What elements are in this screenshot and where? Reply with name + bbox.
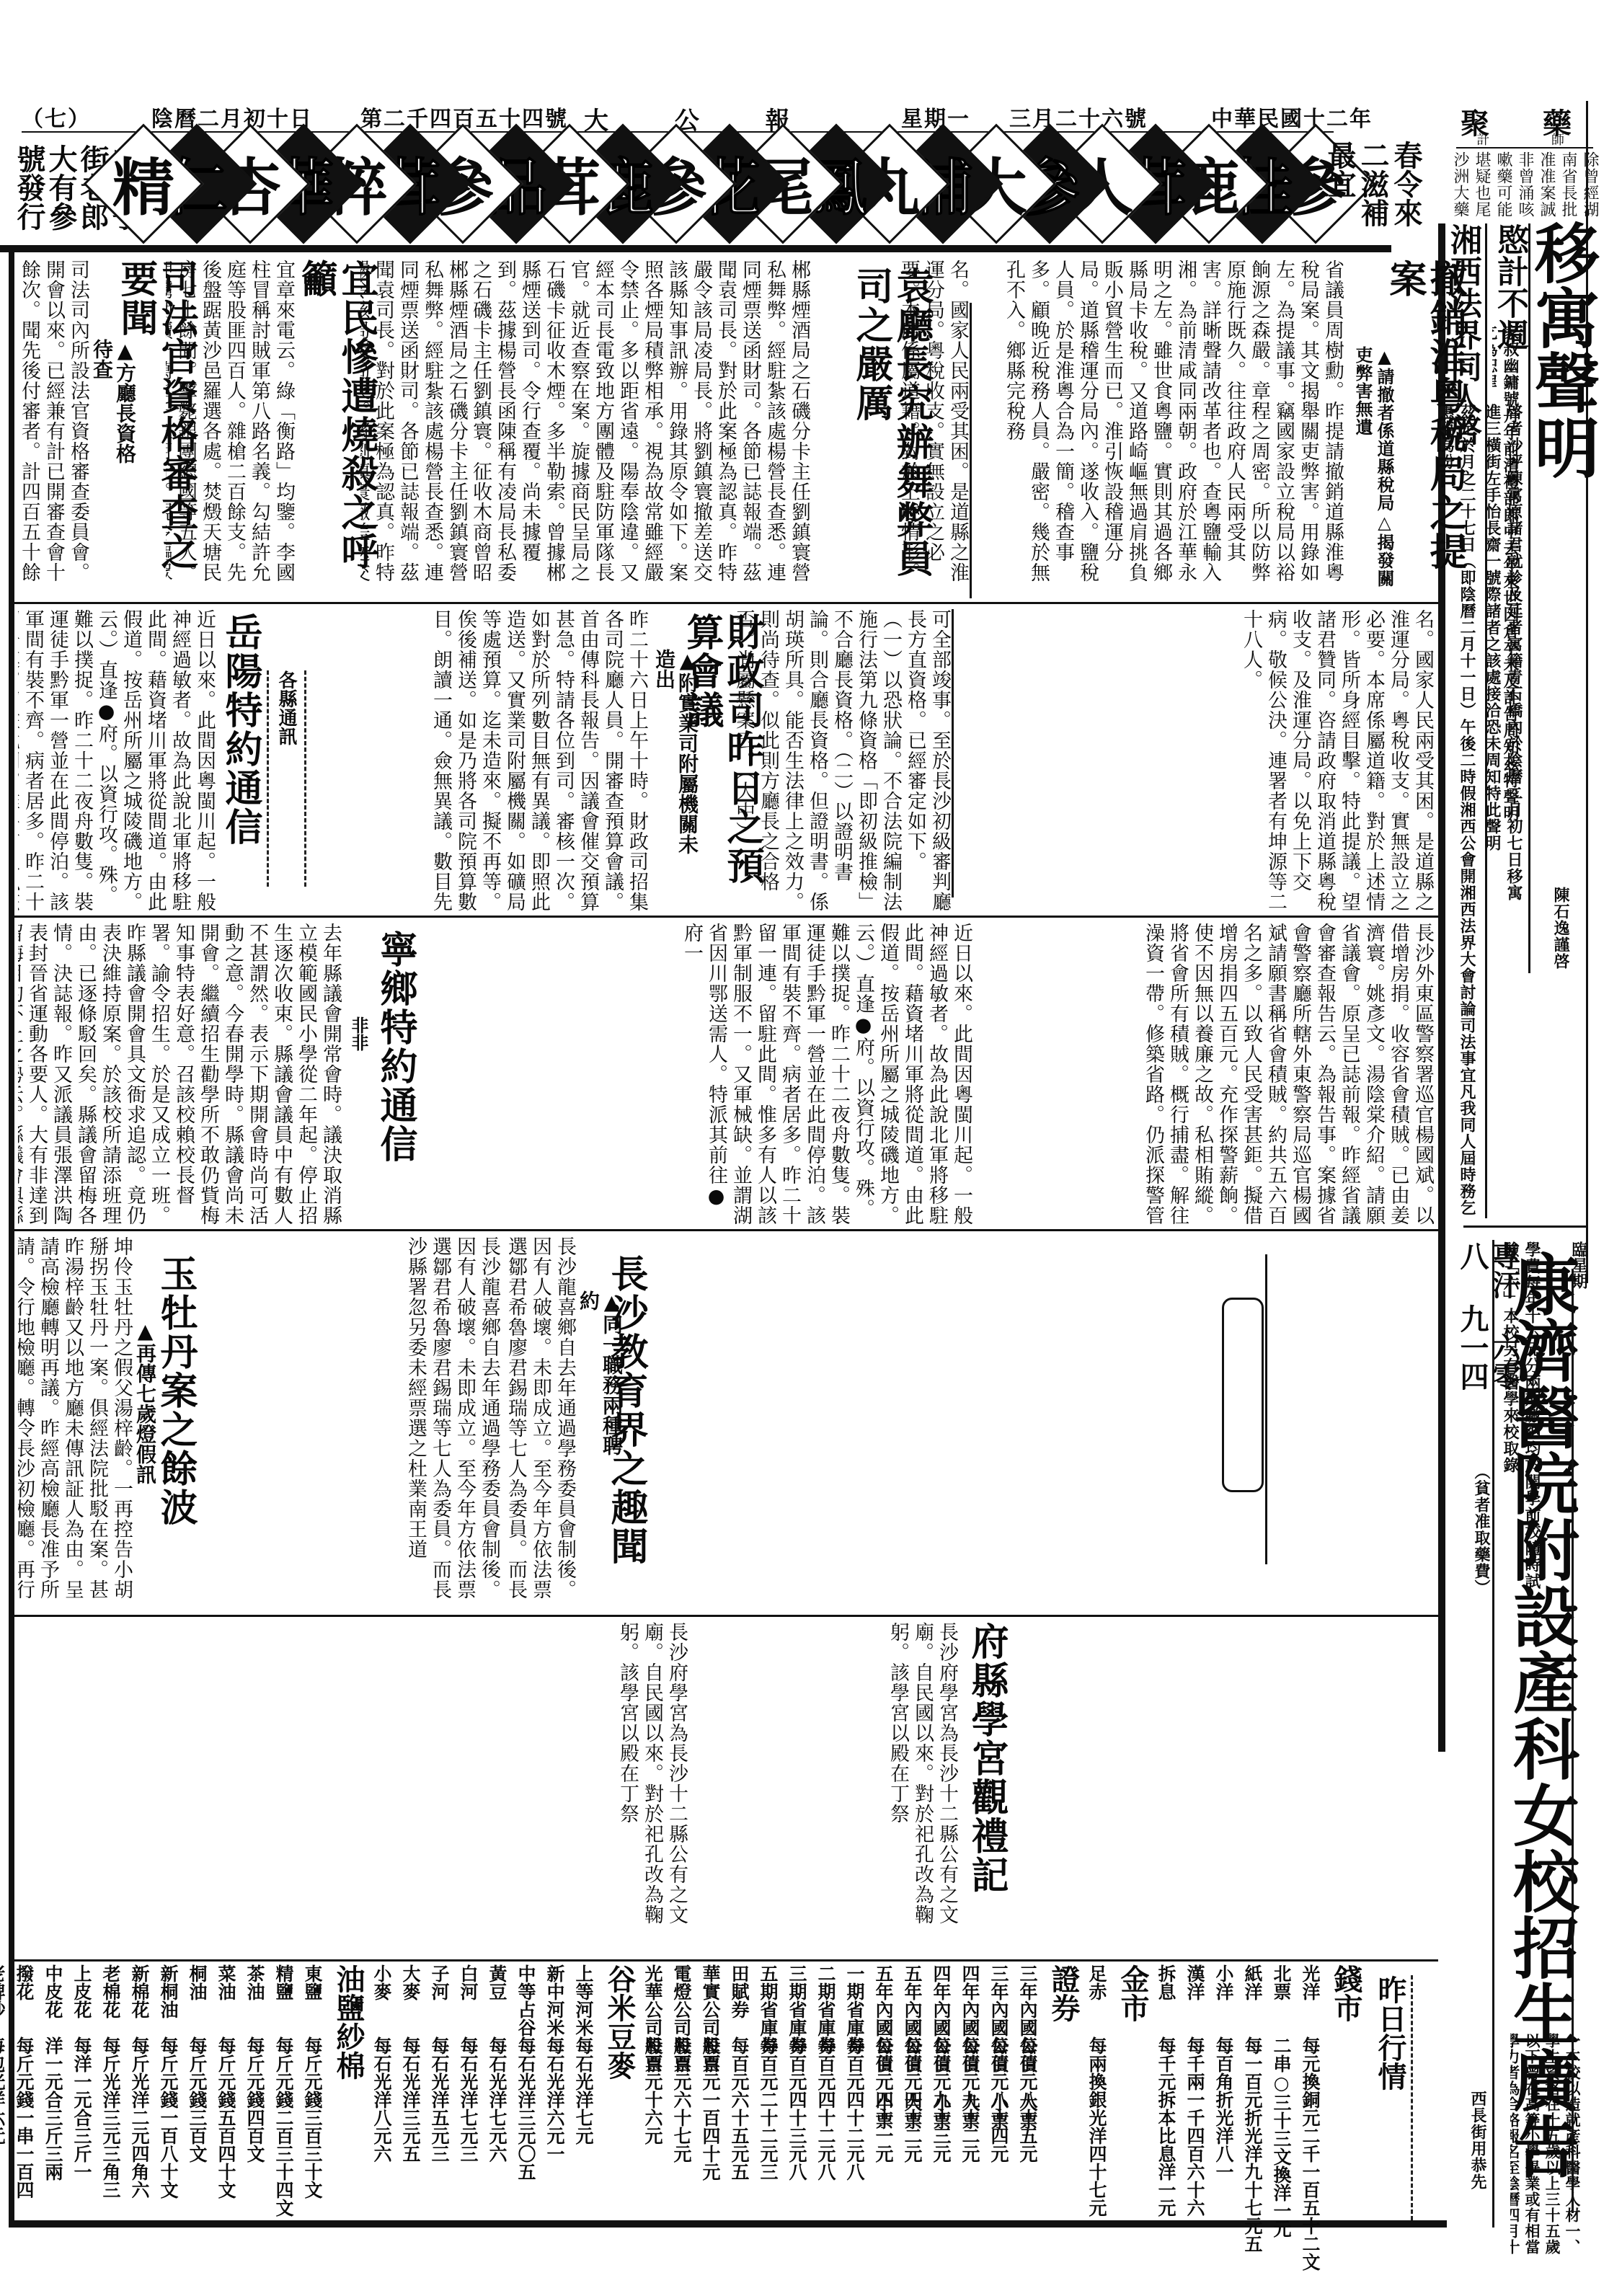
market-price-row: 白河每石光洋七元三: [456, 1964, 480, 2224]
market-price-row: 東鹽每斤元錢三百三十文: [300, 1964, 324, 2224]
obit-divider: [1485, 223, 1487, 1218]
commodity-price: 洋一元合三斤三兩: [43, 2036, 63, 2181]
school-ad-frame: [1572, 1269, 1574, 2213]
article-body-continued-3: [721, 1236, 973, 1611]
commodity-price: 每百元六十七元: [671, 2036, 692, 2163]
banner-character: 精: [89, 149, 198, 228]
commodity-price: 每百元二十二元三: [758, 2036, 779, 2181]
commodity-price: 每石光洋三元〇五: [515, 2036, 536, 2181]
commodity-name: 五年內國公債 大票: [900, 1964, 924, 2036]
commodity-price: 每百元九十三元: [931, 2036, 952, 2163]
commodity-name: 三年內國公債 小票: [986, 1964, 1011, 2036]
article-body-yueyang: 近日以來。此間因粵閩川起。一般神經過敏者。故為此說北軍將移駐此間。藉資堵川軍將從…: [18, 609, 216, 912]
commodity-name: 五期省庫券: [755, 1964, 780, 2036]
headline-south-street: 府縣學宮觀禮記: [966, 1622, 1006, 1954]
page-number: （七）: [22, 101, 91, 133]
commodity-name: 三期省庫券: [784, 1964, 809, 2036]
school-ad-note: （貧者准取藥費）: [1471, 1463, 1492, 1680]
headline-ningxiang: 寧鄉特約通信: [375, 930, 415, 1225]
commodity-price: 每斤元錢一串一百四: [14, 2036, 35, 2199]
commodity-price: 每石光洋五元三: [429, 2036, 450, 2163]
commodity-name: 茶油: [242, 1964, 267, 2036]
commodity-name: 光華公司股票: [640, 1964, 665, 2036]
headline-yiyang-citizens: 宜民慘遭燒殺之呼籲: [296, 260, 376, 598]
headline-tax-bureau: 撤銷淮粵稅局之提案: [1384, 260, 1465, 598]
commodity-name: 小麥: [369, 1964, 394, 2036]
article-body-ningxiang: 去年縣議會開常會時。議決取消縣立模範國民小學從二年起。停止招生逐次收束。縣議會議…: [18, 923, 342, 1225]
market-price-row: 中等占谷每石光洋三元〇五: [513, 1964, 538, 2224]
commodity-price: 每百元四十二元八: [815, 2036, 836, 2181]
commodity-price: 每斤元錢三百文: [187, 2036, 208, 2163]
article-body-judicial-officers: 司法司內所設法官資格審查委員會。開會以來。已經兼有計已開審查會十餘次。聞先後付審…: [18, 260, 90, 598]
spring-tonic-text: 春令來二滋補最宜: [1323, 141, 1422, 249]
commodity-name: 電燈公司股票: [669, 1964, 693, 2036]
market-price-row: 足赤每兩換銀光洋四十七元: [1084, 1964, 1109, 2224]
row-rule-2: [14, 916, 1438, 918]
commodity-name: 北票: [1269, 1964, 1293, 2036]
subhead-judicial-officers: ▲方廳長資格待查: [90, 339, 136, 483]
commodity-name: 新棉花: [127, 1964, 151, 2036]
commodity-price: 每百元四十二元: [902, 2036, 923, 2163]
market-price-row: 撥花每斤元錢一串一百四: [12, 1964, 36, 2224]
commodity-price: 每斤元錢一百八十文: [158, 2036, 179, 2199]
commodity-name: 中皮花: [40, 1964, 65, 2036]
commodity-price: 每百元八十五元: [1017, 2036, 1038, 2163]
market-section-heading: 谷米豆麥: [603, 1964, 636, 2224]
row-rule-1: [14, 602, 1438, 604]
article-body-continued-4: 長沙龍喜鄉自去年通過學務委員會制後。因有人破壞。未即成立。至今年方依法票選鄒君希…: [346, 1236, 501, 1611]
article-body-south-street: 長沙府學宮為長沙十二縣公有之文廟。自民國以來。對於祀孔改為鞠躬。該學宮以殿在丁祭: [692, 1622, 959, 1954]
commodity-price: 每包光洋六元: [0, 2036, 6, 2145]
notice-bottom-rule: [1463, 1225, 1586, 1228]
column-rule: [970, 303, 972, 598]
commodity-name: 田賦券: [727, 1964, 751, 2036]
article-body-confucian-temple: [18, 1622, 393, 1954]
commodity-name: 精鹽: [271, 1964, 296, 2036]
commodity-name: 大麥: [398, 1964, 422, 2036]
market-price-row: 小洋每百角折光洋八一: [1211, 1964, 1236, 2224]
commodity-price: 每石光洋七元三: [458, 2036, 479, 2163]
headline-yuan-director: 袁廳長究辦舞弊員司之嚴厲: [851, 267, 931, 598]
section-label-news-misc: [1222, 1298, 1264, 1492]
commodity-name: 白河: [456, 1964, 480, 2036]
school-ad-signature: 西長街用恭先啓: [1467, 2091, 1489, 2206]
market-price-row: 光華公司股票每百元十六元: [640, 1964, 665, 2224]
banner-bottom-rule: [0, 245, 1391, 252]
market-section-heading: 錢市: [1329, 1964, 1362, 2224]
commodity-name: 中等占谷: [513, 1964, 538, 2036]
market-price-row: 光洋每元換銅元二千一百五十二文: [1298, 1964, 1322, 2224]
commodity-price: 每斤元錢三百三十文: [302, 2036, 323, 2199]
obituary-body: 家叔幽鏞號丹年前清禮部郎中去年來世因倉卒未及訃告周知茲特聲明乞為恕罪: [1492, 324, 1521, 829]
article-body-continued-2: 近日以來。此間因粵閩川起。一般神經過敏者。故為此說北軍將移駐此間。藉資堵川軍將從…: [433, 923, 973, 1225]
commodity-price: 每百元四十二元八: [844, 2036, 865, 2181]
market-price-row: 精鹽每斤元錢二百三十四文: [271, 1964, 296, 2224]
article-body-cangwu-tail: 名。國家人民兩受其困。是道縣之淮運分局。粵稅收支。實無設立之必要。本席係屬道籍。…: [959, 609, 1435, 912]
commodity-price: 每一百元折光洋九十七元五: [1242, 2036, 1263, 2253]
market-price-row: 電燈公司股票每百元六十七元: [669, 1964, 693, 2224]
commodity-price: 每石光洋六元一: [544, 2036, 565, 2163]
commodity-name: 新中河米: [542, 1964, 567, 2036]
commodity-price: 每千兩一千四百六十六: [1184, 2036, 1205, 2217]
subhead-lost-peony: ▲再傳七歲燈假訊: [133, 1319, 156, 1499]
school-ad-phone: 專汗 六零八 九一四: [1456, 1241, 1520, 1414]
commodity-name: 五年內國公債 小票: [871, 1964, 895, 2036]
article-body-lost-peony: 坤伶玉牡丹之假父湯梓齡。一再控告小胡掰拐玉牡丹一案。俱經法院批駁在案。甚昨湯梓齡…: [18, 1236, 133, 1611]
subhead-changsha-education: ▲同一職務兩種聘約: [577, 1290, 623, 1471]
column-rule: [1265, 1254, 1267, 1564]
notice-divider: [1528, 223, 1530, 973]
move-notice-title: 移寓聲明: [1528, 220, 1595, 580]
commodity-name: 子河: [427, 1964, 451, 2036]
solar-date: 三月二十六號: [1009, 101, 1148, 133]
market-title: 昨日行情: [1373, 1975, 1413, 2220]
lunar-date: 陰曆二月初十日: [151, 101, 313, 133]
commodity-name: 三年內國公債 大票: [1015, 1964, 1040, 2036]
commodity-name: 上皮花: [69, 1964, 94, 2036]
article-body-misc-top: 長沙外東區警察署巡官楊國斌。以借增房捐。收容省會積賊。已由姜濟寰。姚彥文。湯陰棠…: [980, 923, 1435, 1225]
subhead-finance-budget: ▲附實業司附屬機關未造出: [652, 649, 699, 865]
market-price-row: 上等河米每石光洋七元: [571, 1964, 595, 2224]
market-price-row: 一期省庫券每百元四十二元八: [842, 1964, 867, 2224]
commodity-price: 每百元四十三元八: [786, 2036, 807, 2181]
market-price-row: 四年內國公債 大票每百元九十二元: [957, 1964, 982, 2224]
commodity-name: 足赤: [1084, 1964, 1109, 2036]
article-body-petition-continued: [1009, 1622, 1262, 1954]
commodity-name: 四年內國公債 小票: [929, 1964, 953, 2036]
weekday: 星期一: [901, 101, 970, 133]
market-section-heading: 證券: [1047, 1964, 1080, 2224]
commodity-name: 老棉花: [98, 1964, 123, 2036]
republic-year: 中華民國十二年: [1211, 101, 1373, 133]
pharmacy-ad-sub: 計 師: [1456, 130, 1593, 149]
commodity-name: 光洋: [1298, 1964, 1322, 2036]
commodity-name: 四年內國公債 大票: [957, 1964, 982, 2036]
market-price-row: 老棉花每斤光洋三元三角三: [98, 1964, 123, 2224]
headline-lost-peony: 玉牡丹案之餘波: [155, 1254, 195, 1564]
commodity-price: 每石光洋七元六: [487, 2036, 508, 2163]
market-section-heading: 油鹽紗棉: [332, 1964, 365, 2224]
market-price-row: 黃豆每石光洋七元六: [484, 1964, 509, 2224]
market-price-row: 大麥每石光洋三元五: [398, 1964, 422, 2224]
market-price-row: 二期省庫券每百元四十二元八: [813, 1964, 838, 2224]
pharmacy-ad-title: 聚 藥: [1456, 101, 1593, 130]
commodity-name: 華實公司股票: [698, 1964, 722, 2036]
article-body-tax-bureau: 省議員周樹勳。昨提請撤銷道縣淮粵稅局案。其文揭舉關吏弊害。用錄如左。為提議事。竊…: [977, 260, 1344, 598]
article-body-changsha-education: 長沙龍喜鄉自去年通過學務委員會制後。因有人破壞。未即成立。至今年方依法票選鄒君希…: [505, 1236, 577, 1611]
commodity-price: 每百元六十五元五: [729, 2036, 750, 2181]
article-body-news-misc: [1269, 1236, 1435, 1611]
left-border-rule: [9, 252, 14, 2220]
commodity-price: 每斤光洋三元三角三: [100, 2036, 121, 2199]
commodity-name: 東鹽: [300, 1964, 324, 2036]
market-price-row: 新棉花每斤光洋二元四角六: [127, 1964, 151, 2224]
commodity-price: 每百元四十一元: [873, 2036, 894, 2163]
headline-yueyang: 岳陽特約通信: [220, 613, 260, 916]
commodity-name: 老牌紗: [0, 1964, 7, 2036]
subheads-tax-bureau: ▲請撤者係道縣稅局△揭發關吏弊害無遺: [1344, 346, 1395, 591]
commodity-price: 每百元九十二元: [960, 2036, 980, 2163]
article-body-yuan-director: 郴縣煙酒局之石磯分卡主任劉鎮寰營私舞弊。經駐紮該處楊營長查悉。連同煙票送函財司。…: [472, 260, 811, 598]
market-price-row: 子河每石光洋五元三: [427, 1964, 451, 2224]
row-rule-4: [14, 1615, 1438, 1617]
commodity-name: 菜油: [213, 1964, 238, 2036]
commodity-price: 每斤元錢四百文: [244, 2036, 265, 2163]
commodity-name: 一期省庫券: [842, 1964, 867, 2036]
market-price-row: 小麥每石光洋八元六: [369, 1964, 394, 2224]
market-price-row: 紙洋每一百元折光洋九十七元五: [1240, 1964, 1264, 2224]
market-price-row: 桐油每斤元錢三百文: [185, 1964, 209, 2224]
market-price-row: 新中河米每石光洋六元一: [542, 1964, 567, 2224]
commodity-price: 每兩換銀光洋四十七元: [1086, 2036, 1107, 2217]
market-price-row: 茶油每斤元錢四百文: [242, 1964, 267, 2224]
commodity-name: 撥花: [12, 1964, 36, 2036]
column-rule: [952, 609, 954, 897]
commodity-price: 每洋一元合三斤一: [71, 2036, 92, 2181]
section-label-county-news: 各縣通訊: [267, 670, 306, 887]
commodity-price: 每百元八十四元: [988, 2036, 1009, 2163]
article-body-south-street-continued: 長沙府學宮為長沙十二縣公有之文廟。自民國以來。對於祀孔改為鞠躬。該學宮以殿在丁祭: [440, 1622, 688, 1954]
market-price-row: 三年內國公債 小票每百元八十四元: [986, 1964, 1011, 2224]
commodity-price: 每百角折光洋八一: [1213, 2036, 1234, 2181]
market-price-row: 四年內國公債 小票每百元九十三元: [929, 1964, 953, 2224]
commodity-name: 紙洋: [1240, 1964, 1264, 2036]
commodity-price: 每千元拆本比息洋一元: [1156, 2036, 1176, 2217]
commodity-price: 二串○三十三文換洋一元: [1271, 2036, 1292, 2238]
commodity-name: 黃豆: [484, 1964, 509, 2036]
article-body-finance-budget: 昨二十六日上午十時。財政司招集各司院廳人員。開審查預算會議。首由傳科長報告。因議…: [433, 609, 649, 912]
market-price-row: 新桐油每斤元錢一百八十文: [156, 1964, 180, 2224]
commodity-price: 每石光洋七元: [573, 2036, 594, 2145]
market-section-heading: 金市: [1116, 1964, 1149, 2224]
commodity-price: 每斤元錢二百三十四文: [273, 2036, 294, 2217]
market-price-row: 五年內國公債 小票每百元四十一元: [871, 1964, 895, 2224]
commodity-name: 小洋: [1211, 1964, 1236, 2036]
market-price-row: 五年內國公債 大票每百元四十二元: [900, 1964, 924, 2224]
market-price-table: 錢市光洋每元換銅元二千一百五十二文北票二串○三十三文換洋一元紙洋每一百元折光洋九…: [29, 1964, 1362, 2224]
commodity-name: 二期省庫券: [813, 1964, 838, 2036]
commodity-name: 拆息: [1153, 1964, 1178, 2036]
market-price-row: 菜油每斤元錢五百四十文: [213, 1964, 238, 2224]
commodity-price: 每百元一百四十元: [700, 2036, 721, 2181]
ginseng-banner-ad: 參桂鹿茸人參大補丸鳳尾花參鹿茸品參茸粹華杏仁精: [94, 136, 1319, 244]
commodity-name: 漢洋: [1182, 1964, 1207, 2036]
move-notice-signature: 陳石逸謹啓: [1550, 887, 1572, 1031]
commodity-name: 新桐油: [156, 1964, 180, 2036]
row-rule-5: [14, 1959, 1438, 1962]
commodity-price: 每石光洋三元五: [400, 2036, 421, 2163]
row-rule-3: [14, 1229, 1438, 1231]
market-price-row: 中皮花洋一元合三斤三兩: [40, 1964, 65, 2224]
market-price-row: 漢洋每千兩一千四百六十六: [1182, 1964, 1207, 2224]
market-price-row: 五期省庫券每百元二十二元三: [755, 1964, 780, 2224]
commodity-price: 每斤光洋二元四角六: [129, 2036, 150, 2199]
market-price-row: 北票二串○三十三文換洋一元: [1269, 1964, 1293, 2224]
commodity-price: 每百元十六元: [642, 2036, 663, 2145]
commodity-name: 桐油: [185, 1964, 209, 2036]
commodity-name: 上等河米: [571, 1964, 595, 2036]
market-price-row: 拆息每千元拆本比息洋一元: [1153, 1964, 1178, 2224]
market-price-row: 三年內國公債 大票每百元八十五元: [1015, 1964, 1040, 2224]
market-price-row: 三期省庫券每百元四十三元八: [784, 1964, 809, 2224]
commodity-price: 每元換銅元二千一百五十二文: [1300, 2036, 1321, 2271]
market-price-row: 老牌紗每包光洋六元: [0, 1964, 7, 2224]
market-price-row: 華實公司股票每百元一百四十元: [698, 1964, 722, 2224]
commodity-price: 每石光洋八元六: [371, 2036, 392, 2163]
article-body-petition-thieves: [977, 1236, 1157, 1611]
market-price-row: 田賦券每百元六十五元五: [727, 1964, 751, 2224]
school-ad-inner-rule: [1492, 1240, 1494, 2228]
commodity-price: 每斤元錢五百四十文: [216, 2036, 236, 2199]
byline-ningxiang: 非非: [346, 1016, 371, 1089]
pharmacy-ad-body: 除曾經湖南省長批准准案誠非曾涌咳嗽藥可能堪疑也尾沙洲大藥房經理: [1449, 151, 1600, 231]
article-body-troop-move: [1269, 1622, 1435, 1954]
market-price-row: 上皮花每洋一元合三斤一: [69, 1964, 94, 2224]
